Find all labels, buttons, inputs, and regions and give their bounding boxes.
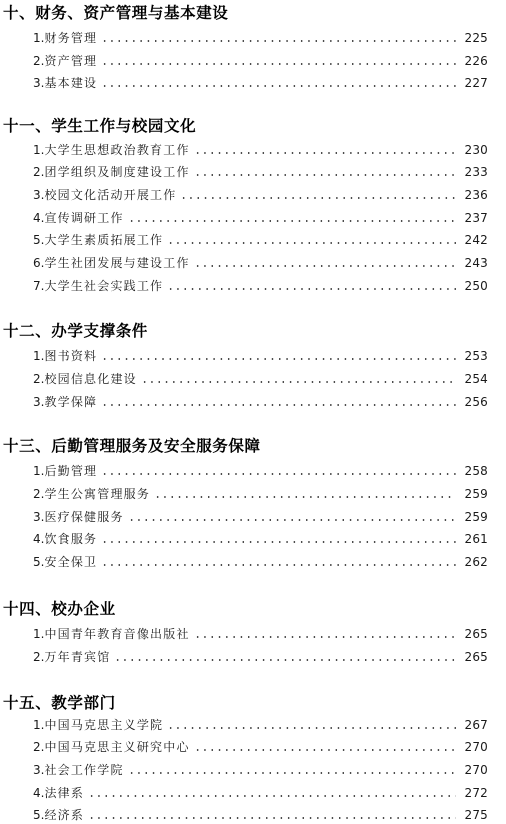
entry-number: 1. xyxy=(33,347,44,365)
toc-entry[interactable]: 2.资产管理226 xyxy=(33,52,488,70)
section-title: 十、财务、资产管理与基本建设 xyxy=(3,2,228,24)
leader-dots xyxy=(167,726,456,730)
entry-number: 1. xyxy=(33,462,44,480)
leader-dots xyxy=(114,658,456,662)
entry-page: 261 xyxy=(464,530,488,548)
entry-page: 259 xyxy=(464,485,488,503)
entry-page: 275 xyxy=(464,806,488,824)
entry-number: 3. xyxy=(33,74,44,92)
entry-label: 大学生思想政治教育工作 xyxy=(44,141,189,159)
entry-label: 学生社团发展与建设工作 xyxy=(44,254,189,272)
toc-entry[interactable]: 5.安全保卫262 xyxy=(33,553,488,571)
entry-number: 7. xyxy=(33,277,44,295)
entry-label: 图书资料 xyxy=(44,347,97,365)
entry-label: 校园信息化建设 xyxy=(44,370,136,388)
leader-dots xyxy=(194,748,457,752)
entry-label: 宣传调研工作 xyxy=(44,209,123,227)
entry-number: 2. xyxy=(33,485,44,503)
toc-entry[interactable]: 7.大学生社会实践工作250 xyxy=(33,277,488,295)
entry-label: 经济系 xyxy=(44,806,84,824)
section-title: 十五、教学部门 xyxy=(3,692,116,714)
entry-page: 253 xyxy=(464,347,488,365)
entry-label: 团学组织及制度建设工作 xyxy=(44,163,189,181)
entry-page: 226 xyxy=(464,52,488,70)
toc-entry[interactable]: 2.团学组织及制度建设工作233 xyxy=(33,163,488,181)
entry-page: 236 xyxy=(464,186,488,204)
toc-entry[interactable]: 2.万年青宾馆265 xyxy=(33,648,488,666)
toc-entry[interactable]: 2.中国马克思主义研究中心270 xyxy=(33,738,488,756)
toc-entry[interactable]: 1.大学生思想政治教育工作230 xyxy=(33,141,488,159)
leader-dots xyxy=(167,287,456,291)
toc-entry[interactable]: 1.后勤管理258 xyxy=(33,462,488,480)
entry-number: 4. xyxy=(33,530,44,548)
entry-label: 中国马克思主义研究中心 xyxy=(44,738,189,756)
entry-label: 学生公寓管理服务 xyxy=(44,485,150,503)
leader-dots xyxy=(128,771,457,775)
entry-number: 1. xyxy=(33,141,44,159)
entry-number: 4. xyxy=(33,209,44,227)
leader-dots xyxy=(101,84,456,88)
entry-number: 2. xyxy=(33,163,44,181)
toc-entry[interactable]: 6.学生社团发展与建设工作243 xyxy=(33,254,488,272)
entry-page: 272 xyxy=(464,784,488,802)
toc-entry[interactable]: 3.校园文化活动开展工作236 xyxy=(33,186,488,204)
entry-page: 237 xyxy=(464,209,488,227)
entry-page: 230 xyxy=(464,141,488,159)
entry-page: 265 xyxy=(464,648,488,666)
entry-page: 254 xyxy=(464,370,488,388)
entry-label: 后勤管理 xyxy=(44,462,97,480)
leader-dots xyxy=(88,816,456,820)
leader-dots xyxy=(101,472,456,476)
entry-number: 1. xyxy=(33,29,44,47)
leader-dots xyxy=(194,151,457,155)
entry-label: 教学保障 xyxy=(44,393,97,411)
entry-number: 1. xyxy=(33,716,44,734)
toc-entry[interactable]: 1.图书资料253 xyxy=(33,347,488,365)
toc-entry[interactable]: 1.财务管理225 xyxy=(33,29,488,47)
toc-entry[interactable]: 2.学生公寓管理服务259 xyxy=(33,485,488,503)
toc-entry[interactable]: 5.大学生素质拓展工作242 xyxy=(33,231,488,249)
entry-page: 227 xyxy=(464,74,488,92)
entry-page: 225 xyxy=(464,29,488,47)
entry-number: 2. xyxy=(33,738,44,756)
entry-page: 243 xyxy=(464,254,488,272)
entry-number: 3. xyxy=(33,393,44,411)
leader-dots xyxy=(101,357,456,361)
leader-dots xyxy=(167,241,456,245)
toc-entry[interactable]: 5.经济系275 xyxy=(33,806,488,824)
leader-dots xyxy=(194,173,457,177)
entry-label: 中国青年教育音像出版社 xyxy=(44,625,189,643)
section-title: 十四、校办企业 xyxy=(3,598,116,620)
entry-label: 大学生素质拓展工作 xyxy=(44,231,163,249)
entry-label: 医疗保健服务 xyxy=(44,508,123,526)
entry-label: 安全保卫 xyxy=(44,553,97,571)
toc-entry[interactable]: 4.宣传调研工作237 xyxy=(33,209,488,227)
leader-dots xyxy=(154,495,456,499)
entry-page: 270 xyxy=(464,761,488,779)
entry-page: 270 xyxy=(464,738,488,756)
entry-page: 267 xyxy=(464,716,488,734)
section-title: 十一、学生工作与校园文化 xyxy=(3,115,196,137)
entry-number: 5. xyxy=(33,231,44,249)
leader-dots xyxy=(101,62,456,66)
leader-dots xyxy=(88,794,456,798)
entry-label: 校园文化活动开展工作 xyxy=(44,186,176,204)
entry-page: 262 xyxy=(464,553,488,571)
leader-dots xyxy=(128,518,457,522)
entry-number: 4. xyxy=(33,784,44,802)
entry-number: 1. xyxy=(33,625,44,643)
entry-label: 法律系 xyxy=(44,784,84,802)
toc-entry[interactable]: 2.校园信息化建设254 xyxy=(33,370,488,388)
entry-label: 基本建设 xyxy=(44,74,97,92)
toc-entry[interactable]: 3.社会工作学院270 xyxy=(33,761,488,779)
leader-dots xyxy=(141,380,457,384)
entry-number: 2. xyxy=(33,370,44,388)
entry-label: 财务管理 xyxy=(44,29,97,47)
leader-dots xyxy=(101,563,456,567)
entry-label: 社会工作学院 xyxy=(44,761,123,779)
entry-number: 5. xyxy=(33,806,44,824)
section-title: 十二、办学支撑条件 xyxy=(3,320,148,342)
toc-entry[interactable]: 4.法律系272 xyxy=(33,784,488,802)
entry-number: 3. xyxy=(33,761,44,779)
leader-dots xyxy=(180,196,456,200)
toc-entry[interactable]: 3.教学保障256 xyxy=(33,393,488,411)
entry-label: 中国马克思主义学院 xyxy=(44,716,163,734)
entry-label: 饮食服务 xyxy=(44,530,97,548)
entry-number: 6. xyxy=(33,254,44,272)
leader-dots xyxy=(101,403,456,407)
entry-label: 资产管理 xyxy=(44,52,97,70)
entry-page: 256 xyxy=(464,393,488,411)
entry-number: 5. xyxy=(33,553,44,571)
entry-number: 2. xyxy=(33,648,44,666)
entry-page: 233 xyxy=(464,163,488,181)
toc-entry[interactable]: 3.基本建设227 xyxy=(33,74,488,92)
toc-entry[interactable]: 1.中国青年教育音像出版社265 xyxy=(33,625,488,643)
toc-entry[interactable]: 1.中国马克思主义学院267 xyxy=(33,716,488,734)
entry-label: 大学生社会实践工作 xyxy=(44,277,163,295)
entry-page: 242 xyxy=(464,231,488,249)
section-title: 十三、后勤管理服务及安全服务保障 xyxy=(3,435,261,457)
leader-dots xyxy=(101,540,456,544)
entry-number: 3. xyxy=(33,186,44,204)
toc-entry[interactable]: 4.饮食服务261 xyxy=(33,530,488,548)
entry-number: 2. xyxy=(33,52,44,70)
entry-page: 258 xyxy=(464,462,488,480)
entry-page: 265 xyxy=(464,625,488,643)
leader-dots xyxy=(194,264,457,268)
leader-dots xyxy=(128,219,457,223)
entry-page: 259 xyxy=(464,508,488,526)
leader-dots xyxy=(194,635,457,639)
leader-dots xyxy=(101,39,456,43)
entry-page: 250 xyxy=(464,277,488,295)
entry-number: 3. xyxy=(33,508,44,526)
toc-entry[interactable]: 3.医疗保健服务259 xyxy=(33,508,488,526)
entry-label: 万年青宾馆 xyxy=(44,648,110,666)
